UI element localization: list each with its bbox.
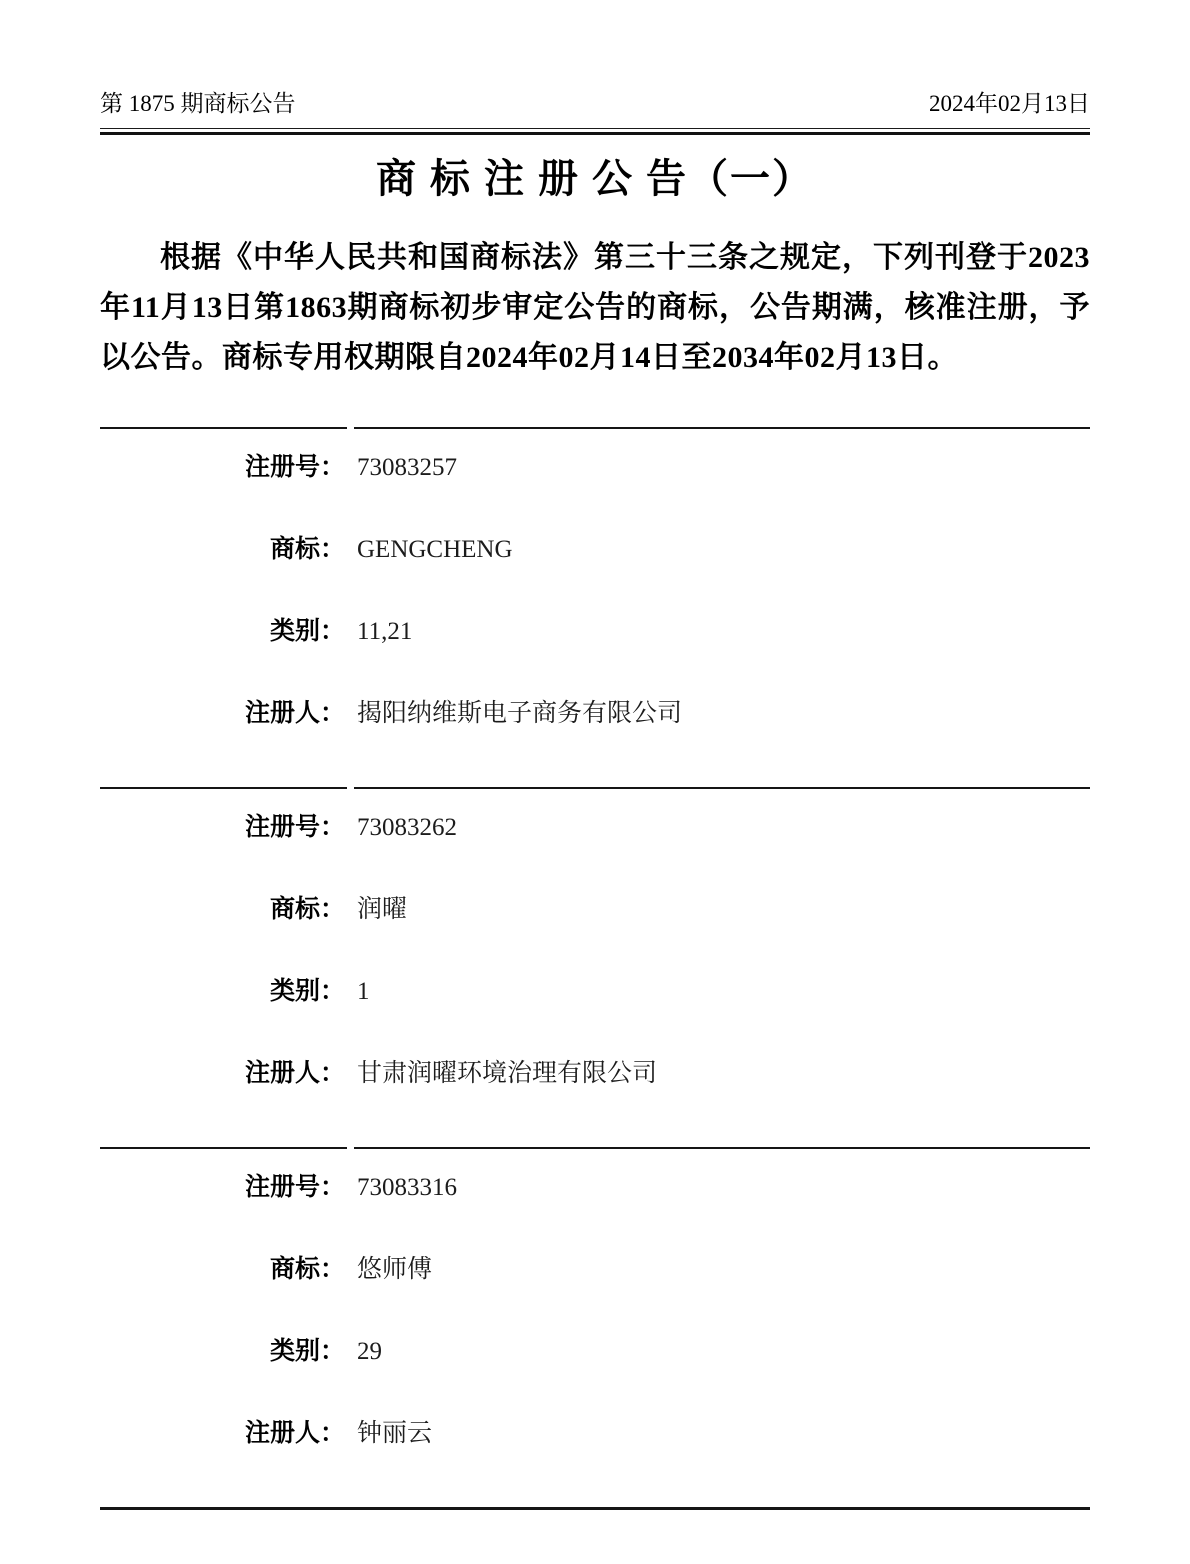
separator-segment <box>354 1147 1090 1149</box>
header-rule-divider <box>100 128 1090 135</box>
field-row-reg-no: 注册号： 73083262 <box>100 813 1090 843</box>
field-row-registrant: 注册人： 甘肃润曜环境治理有限公司 <box>100 1059 1090 1089</box>
reg-no-label: 注册号： <box>100 813 345 843</box>
registrant-label: 注册人： <box>100 699 345 729</box>
category-label: 类别： <box>100 1337 345 1367</box>
date-label: 2024年02月13日 <box>929 90 1090 118</box>
registrant-label: 注册人： <box>100 1059 345 1089</box>
page-header: 第 1875 期商标公告 2024年02月13日 <box>100 0 1090 118</box>
separator-segment <box>354 427 1090 429</box>
trademark-label: 商标： <box>100 895 345 925</box>
bottom-rule-divider <box>100 1507 1090 1510</box>
registrant-value: 甘肃润曜环境治理有限公司 <box>357 1059 657 1089</box>
record-separator <box>100 787 1090 789</box>
trademark-value: 润曜 <box>357 895 407 925</box>
field-row-category: 类别： 11,21 <box>100 617 1090 647</box>
category-value: 1 <box>357 977 370 1007</box>
registrant-value: 揭阳纳维斯电子商务有限公司 <box>357 699 682 729</box>
trademark-value: GENGCHENG <box>357 535 513 565</box>
page-title: 商 标 注 册 公 告（一） <box>100 151 1090 207</box>
record-section: 注册号： 73083257 商标： GENGCHENG 类别： 11,21 注册… <box>100 427 1090 729</box>
record-separator <box>100 427 1090 429</box>
record-section: 注册号： 73083316 商标： 悠师傅 类别： 29 注册人： 钟丽云 <box>100 1147 1090 1449</box>
record-body: 注册号： 73083262 商标： 润曜 类别： 1 注册人： 甘肃润曜环境治理… <box>100 789 1090 1089</box>
record-separator <box>100 1147 1090 1149</box>
issue-label: 第 1875 期商标公告 <box>100 90 296 118</box>
field-row-category: 类别： 29 <box>100 1337 1090 1367</box>
record-body: 注册号： 73083316 商标： 悠师傅 类别： 29 注册人： 钟丽云 <box>100 1149 1090 1449</box>
document-page: 第 1875 期商标公告 2024年02月13日 商 标 注 册 公 告（一） … <box>0 0 1190 1564</box>
field-row-category: 类别： 1 <box>100 977 1090 1007</box>
separator-segment <box>100 427 347 429</box>
field-row-reg-no: 注册号： 73083316 <box>100 1173 1090 1203</box>
field-row-trademark: 商标： 悠师傅 <box>100 1255 1090 1285</box>
field-row-trademark: 商标： GENGCHENG <box>100 535 1090 565</box>
separator-segment <box>100 787 347 789</box>
separator-segment <box>354 787 1090 789</box>
trademark-value: 悠师傅 <box>357 1255 432 1285</box>
field-row-registrant: 注册人： 钟丽云 <box>100 1419 1090 1449</box>
registrant-label: 注册人： <box>100 1419 345 1449</box>
reg-no-label: 注册号： <box>100 453 345 483</box>
field-row-reg-no: 注册号： 73083257 <box>100 453 1090 483</box>
registrant-value: 钟丽云 <box>357 1419 432 1449</box>
intro-paragraph: 根据《中华人民共和国商标法》第三十三条之规定，下列刊登于2023年11月13日第… <box>100 233 1090 383</box>
field-row-trademark: 商标： 润曜 <box>100 895 1090 925</box>
trademark-label: 商标： <box>100 535 345 565</box>
category-value: 11,21 <box>357 617 412 647</box>
trademark-label: 商标： <box>100 1255 345 1285</box>
reg-no-value: 73083257 <box>357 453 457 483</box>
category-value: 29 <box>357 1337 382 1367</box>
field-row-registrant: 注册人： 揭阳纳维斯电子商务有限公司 <box>100 699 1090 729</box>
record-body: 注册号： 73083257 商标： GENGCHENG 类别： 11,21 注册… <box>100 429 1090 729</box>
records-list: 注册号： 73083257 商标： GENGCHENG 类别： 11,21 注册… <box>100 427 1090 1510</box>
category-label: 类别： <box>100 977 345 1007</box>
reg-no-value: 73083262 <box>357 813 457 843</box>
reg-no-value: 73083316 <box>357 1173 457 1203</box>
category-label: 类别： <box>100 617 345 647</box>
reg-no-label: 注册号： <box>100 1173 345 1203</box>
record-section: 注册号： 73083262 商标： 润曜 类别： 1 注册人： 甘肃润曜环境治理… <box>100 787 1090 1089</box>
separator-segment <box>100 1147 347 1149</box>
